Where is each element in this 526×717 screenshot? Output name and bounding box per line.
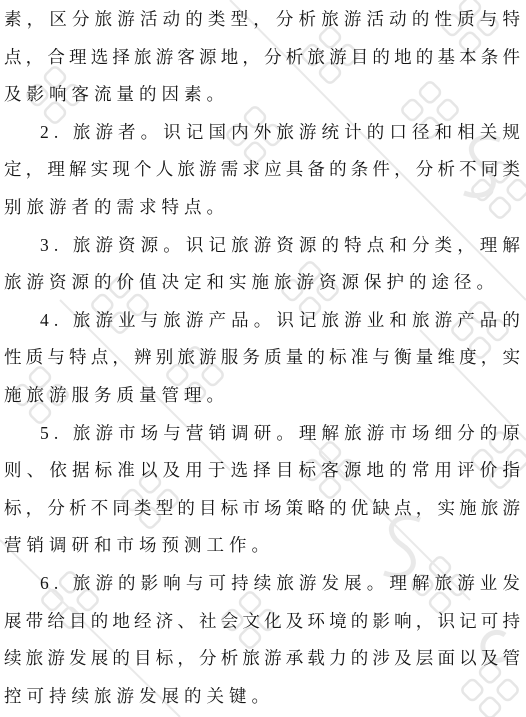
text-line: 及影响客流量的因素。: [4, 76, 520, 114]
text-line: 点，合理选择旅游客源地，分析旅游目的地的基本条件: [4, 39, 520, 77]
text-line: 标，分析不同类型的目标市场策略的优缺点，实施旅游: [4, 490, 520, 528]
text-line: 素，区分旅游活动的类型，分析旅游活动的性质与特: [4, 1, 520, 39]
text-line: 施旅游服务质量管理。: [4, 377, 520, 415]
text-line: 展带给目的地经济、社会文化及环境的影响，识记可持: [4, 603, 520, 641]
text-line: 定，理解实现个人旅游需求应具备的条件，分析不同类: [4, 151, 520, 189]
text-line: 控可持续旅游发展的关键。: [4, 678, 520, 716]
text-line: 性质与特点，辨别旅游服务质量的标准与衡量维度，实: [4, 339, 520, 377]
text-line: 营销调研和市场预测工作。: [4, 527, 520, 565]
text-line: 则、依据标准以及用于选择目标客源地的常用评价指: [4, 452, 520, 490]
text-line: 6. 旅游的影响与可持续旅游发展。理解旅游业发: [4, 565, 520, 603]
text-line: 旅游资源的价值决定和实施旅游资源保护的途径。: [4, 264, 520, 302]
text-line: 3. 旅游资源。识记旅游资源的特点和分类，理解: [4, 227, 520, 265]
text-line: 续旅游发展的目标，分析旅游承载力的涉及层面以及管: [4, 640, 520, 678]
text-line: 4. 旅游业与旅游产品。识记旅游业和旅游产品的: [4, 302, 520, 340]
text-line: 2. 旅游者。识记国内外旅游统计的口径和相关规: [4, 114, 520, 152]
body-text: 素，区分旅游活动的类型，分析旅游活动的性质与特 点，合理选择旅游客源地，分析旅游…: [0, 0, 526, 715]
text-line: 别旅游者的需求特点。: [4, 189, 520, 227]
text-line: 5. 旅游市场与营销调研。理解旅游市场细分的原: [4, 415, 520, 453]
document-page: 素，区分旅游活动的类型，分析旅游活动的性质与特 点，合理选择旅游客源地，分析旅游…: [0, 0, 526, 717]
